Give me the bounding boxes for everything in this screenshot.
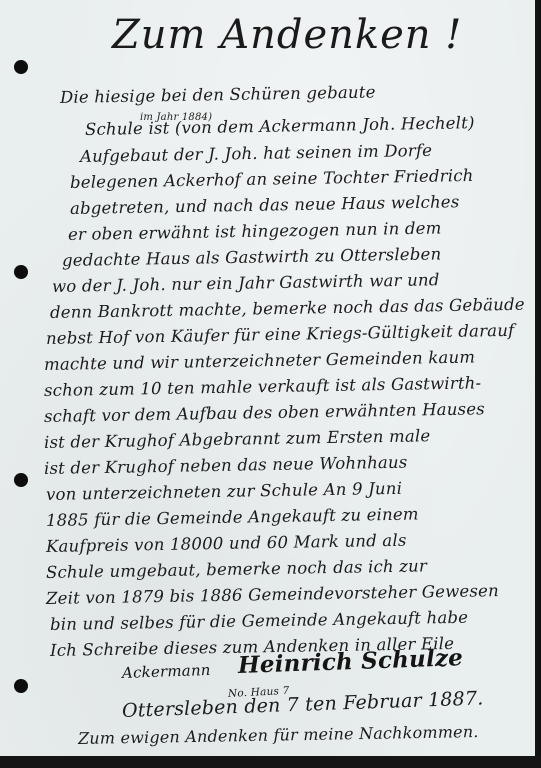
punch-hole <box>14 265 28 279</box>
body-line: von unterzeichneten zur Schule An 9 Juni <box>46 479 402 504</box>
punch-hole <box>14 473 28 487</box>
punch-hole <box>14 60 28 74</box>
punch-hole <box>14 679 28 693</box>
body-line: bin und selbes für die Gemeinde Angekauf… <box>50 608 468 634</box>
body-line: Die hiesige bei den Schüren gebaute <box>60 82 376 107</box>
body-line: Zeit von 1879 bis 1886 Gemeindevorsteher… <box>46 581 499 608</box>
document-page: Zum Andenken ! im Jahr 1884) Die hiesige… <box>0 0 535 756</box>
body-line: nebst Hof von Käufer für eine Kriegs-Gül… <box>46 321 515 348</box>
body-line: ist der Krughof Abgebrannt zum Ersten ma… <box>44 426 431 452</box>
body-line: schaft vor dem Aufbau des oben erwähnten… <box>44 399 485 426</box>
body-line: belegenen Ackerhof an seine Tochter Frie… <box>70 166 474 192</box>
document-title: Zum Andenken ! <box>112 12 462 58</box>
body-line: wo der J. Joh. nur ein Jahr Gastwirth wa… <box>52 270 440 296</box>
body-line: 1885 für die Gemeinde Angekauft zu einem <box>46 504 419 530</box>
body-line: abgetreten, und nach das neue Haus welch… <box>70 192 460 218</box>
body-line: Aufgebaut der J. Joh. hat seinen im Dorf… <box>80 141 433 166</box>
body-line: Kaufpreis von 18000 und 60 Mark und als <box>46 531 407 556</box>
body-line: Schule umgebaut, bemerke noch das ich zu… <box>46 556 427 582</box>
body-line: machte und wir unterzeichneter Gemeinden… <box>44 347 475 374</box>
body-line: ist der Krughof neben das neue Wohnhaus <box>44 453 408 478</box>
signature-role: Ackermann <box>122 661 211 682</box>
body-line: denn Bankrott machte, bemerke noch das d… <box>50 295 525 322</box>
page-edge-shadow <box>535 0 541 756</box>
body-line: gedachte Haus als Gastwirth zu Ottersleb… <box>62 244 442 270</box>
body-line: schon zum 10 ten mahle verkauft ist als … <box>44 373 482 400</box>
body-line: er oben erwähnt ist hingezogen nun in de… <box>68 218 442 244</box>
